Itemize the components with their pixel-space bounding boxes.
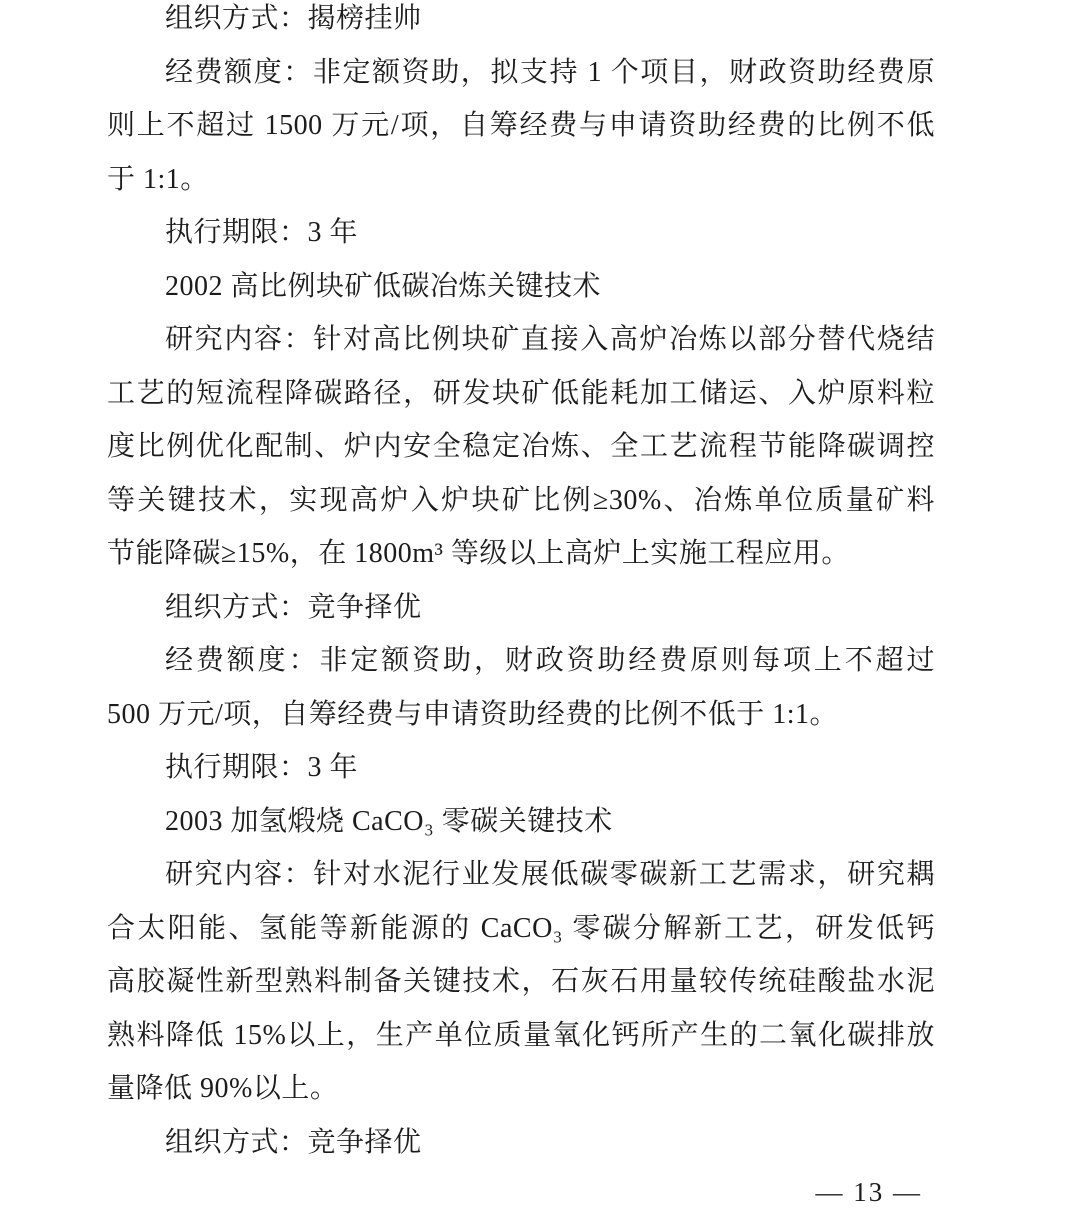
research-content-line: 度比例优化配制、炉内安全稳定冶炼、全工艺流程节能降碳调控 — [107, 420, 935, 474]
research-content-line: 节能降碳≥15%，在 1800m³ 等级以上高炉上实施工程应用。 — [107, 527, 935, 581]
project-title-2002: 2002 高比例块矿低碳冶炼关键技术 — [107, 260, 935, 314]
funding-line: 500 万元/项，自筹经费与申请资助经费的比例不低于 1:1。 — [107, 688, 935, 742]
funding-line: 经费额度：非定额资助，财政资助经费原则每项上不超过 — [107, 634, 935, 688]
org-method-line: 组织方式：揭榜挂帅 — [107, 0, 935, 46]
page-number: — 13 — — [816, 1172, 923, 1212]
research-content-line: 量降低 90%以上。 — [107, 1062, 935, 1116]
org-method-line: 组织方式：竞争择优 — [107, 581, 935, 635]
funding-line: 则上不超过 1500 万元/项，自筹经费与申请资助经费的比例不低 — [107, 99, 935, 153]
project-title-2003: 2003 加氢煅烧 CaCO₃ 零碳关键技术 — [107, 795, 935, 849]
org-method-line: 组织方式：竞争择优 — [107, 1116, 935, 1170]
research-content-line: 研究内容：针对水泥行业发展低碳零碳新工艺需求，研究耦 — [107, 848, 935, 902]
duration-line: 执行期限：3 年 — [107, 206, 935, 260]
document-page: 组织方式：揭榜挂帅 经费额度：非定额资助，拟支持 1 个项目，财政资助经费原 则… — [0, 0, 1080, 1228]
funding-line: 经费额度：非定额资助，拟支持 1 个项目，财政资助经费原 — [107, 46, 935, 100]
research-content-line: 研究内容：针对高比例块矿直接入高炉冶炼以部分替代烧结 — [107, 313, 935, 367]
duration-line: 执行期限：3 年 — [107, 741, 935, 795]
funding-line: 于 1:1。 — [107, 153, 935, 207]
research-content-line: 等关键技术，实现高炉入炉块矿比例≥30%、冶炼单位质量矿料 — [107, 474, 935, 528]
document-body: 组织方式：揭榜挂帅 经费额度：非定额资助，拟支持 1 个项目，财政资助经费原 则… — [107, 0, 935, 1169]
research-content-line: 工艺的短流程降碳路径，研发块矿低能耗加工储运、入炉原料粒 — [107, 367, 935, 421]
research-content-line: 熟料降低 15%以上，生产单位质量氧化钙所产生的二氧化碳排放 — [107, 1009, 935, 1063]
research-content-line: 高胶凝性新型熟料制备关键技术，石灰石用量较传统硅酸盐水泥 — [107, 955, 935, 1009]
research-content-line: 合太阳能、氢能等新能源的 CaCO₃ 零碳分解新工艺，研发低钙 — [107, 902, 935, 956]
